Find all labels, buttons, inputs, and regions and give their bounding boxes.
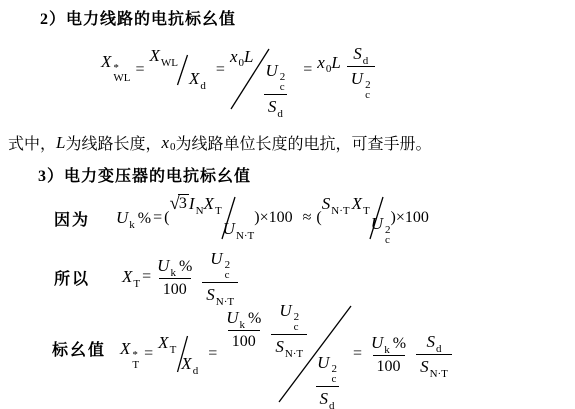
term-Uk-pct: Uk%	[157, 256, 192, 276]
subscript-0: 0	[170, 141, 176, 153]
subscript-T: T	[363, 205, 370, 217]
equals-sign: =	[153, 209, 162, 227]
var-XWL-perunit: X*WL	[101, 52, 131, 83]
sup-2: 2	[385, 225, 391, 235]
equals-sign: =	[208, 345, 217, 363]
subscript-NT: N·T	[236, 230, 254, 242]
var-Sd: Sd	[268, 97, 283, 117]
equals-sign: =	[216, 61, 225, 79]
term-Uk-pct: Uk%	[116, 208, 151, 228]
number-100: 100	[163, 281, 187, 299]
subscript-T: T	[133, 278, 140, 290]
denominator-100: 100	[373, 355, 405, 376]
numerator-SNT-XT: SN·TXT	[322, 194, 370, 214]
formula-line-perunit: 标幺值 X*T = XT Xd = Uk% 100	[52, 302, 452, 406]
denominator-Xd: Xd	[189, 69, 206, 89]
supsub-2-c: 2c	[365, 80, 371, 100]
numerator-Uk-pct: Uk%	[367, 333, 410, 355]
number-100: 100	[232, 333, 256, 351]
subscript-T: T	[215, 205, 222, 217]
times-sign: ×	[260, 209, 269, 227]
denominator-UNT: UN·T	[223, 219, 255, 239]
equals-sign: =	[353, 345, 362, 363]
subscript-WL: WL	[161, 57, 178, 69]
subscript-NT: N·T	[331, 205, 349, 217]
var-X: X	[158, 333, 168, 352]
var-S: S	[275, 337, 284, 356]
fraction-Ukpct-over-100: Uk% 100	[153, 256, 196, 299]
numerator-Sd: Sd	[349, 44, 372, 66]
denominator-fraction-Uc2-over-Sd: U2c Sd	[261, 61, 289, 117]
var-U: U	[226, 308, 238, 327]
label-so: 所以	[54, 266, 90, 289]
var-XT-perunit: X*T	[120, 339, 139, 370]
var-XT: XT	[122, 267, 140, 287]
numerator-Uk-pct: Uk%	[153, 256, 196, 278]
var-X: X	[181, 354, 191, 373]
var-X: X	[204, 194, 214, 213]
var-U: U	[223, 219, 235, 238]
subscript-d: d	[193, 365, 199, 377]
subscript-c: c	[294, 322, 299, 332]
denominator-Xd: Xd	[181, 354, 198, 374]
supsub-star-T: *T	[132, 350, 139, 370]
section-heading-line: 3）电力变压器的电抗标幺值	[38, 163, 251, 186]
subscript-c: c	[385, 235, 390, 245]
var-Uc2: U2c	[210, 249, 230, 280]
var-S: S	[268, 97, 277, 116]
times-sign: ×	[396, 209, 405, 227]
subscript-T: T	[132, 360, 139, 370]
denominator-100: 100	[159, 278, 191, 299]
var-U: U	[279, 301, 291, 320]
var-S: S	[353, 44, 362, 63]
formula-line-so: 所以 XT = Uk% 100 U2c SN·T	[54, 250, 238, 304]
fraction-Sd-over-Uc2: Sd U2c	[347, 44, 375, 100]
sup-star: *	[113, 63, 119, 73]
diagonal-fraction-XWL-over-Xd: XWL Xd	[150, 54, 206, 86]
subscript-c: c	[280, 82, 285, 92]
supsub-2-c: 2c	[385, 225, 391, 245]
var-Uc2: U2c	[265, 61, 285, 92]
supsub-2-c: 2c	[280, 72, 286, 92]
para-text-1: 式中，	[8, 131, 56, 154]
formula-line-reactance: X*WL = XWL Xd = x0L U2c Sd	[101, 28, 375, 112]
var-I: I	[189, 194, 195, 213]
numerator-Sd: Sd	[422, 332, 445, 354]
subscript-c: c	[225, 270, 230, 280]
fraction-Ukpct-over-100: Uk% 100	[222, 308, 265, 351]
diagonal-fraction-sqrt3INXT-over-UNT: √3INXT UN·T	[169, 195, 254, 241]
term-Uk-pct: Uk%	[226, 308, 261, 328]
denominator-100: 100	[228, 330, 260, 351]
var-x: x	[162, 133, 170, 153]
subscript-c: c	[331, 374, 336, 384]
formula-line-because: 因为 Uk% = ( √3INXT UN·T )×100 ≈ ( SN·TXT …	[54, 192, 429, 244]
var-SNT: SN·T	[420, 357, 448, 377]
para-text-3: 为线路单位长度的电抗，可查手册。	[176, 131, 432, 154]
supsub-2-c: 2c	[331, 364, 337, 384]
var-Uc2: U2c	[317, 353, 337, 384]
equals-sign: =	[136, 61, 145, 79]
subscript-d: d	[200, 80, 206, 92]
section-heading-line: 2）电力线路的电抗标幺值	[40, 6, 236, 29]
label-because: 因为	[54, 207, 90, 230]
denominator-Sd: Sd	[316, 386, 339, 409]
var-S: S	[322, 194, 331, 213]
var-Sd: Sd	[426, 332, 441, 352]
var-Uc2: U2c	[351, 69, 371, 100]
term-x0L: x0L	[317, 53, 341, 73]
denominator-Uc2: U2c	[347, 66, 375, 100]
subscript-k: k	[129, 219, 135, 231]
var-U: U	[371, 333, 383, 352]
label-perunit: 标幺值	[52, 337, 106, 360]
radicand-3: 3	[178, 194, 189, 213]
fraction-Ukpct-over-100: Uk% 100	[367, 333, 410, 376]
diagonal-fraction-product-over-Uc2Sd: Uk% 100 U2c SN·T U2c	[222, 304, 341, 404]
var-U: U	[116, 208, 128, 227]
section-heading-2: 2）电力线路的电抗标幺值	[40, 6, 236, 29]
subscript-WL: WL	[113, 73, 130, 83]
diagonal-fraction-x0L-over-Uc2Sd: x0L U2c Sd	[230, 38, 289, 102]
subscript-NT: N·T	[430, 368, 448, 380]
equals-sign: =	[303, 61, 312, 79]
subscript-T: T	[170, 344, 177, 356]
supsub-2-c: 2c	[294, 312, 300, 332]
numerator-XT: XT	[158, 333, 176, 353]
numerator-product: Uk% 100 U2c SN·T	[222, 301, 307, 357]
diagonal-fraction-SNTXT-over-Uc2: SN·TXT U2c	[322, 195, 391, 241]
subscript-d: d	[277, 108, 283, 120]
supsub-star-WL: *WL	[113, 63, 130, 83]
var-X: X	[189, 69, 199, 88]
var-L: L	[56, 133, 65, 153]
subscript-d: d	[436, 343, 442, 355]
var-X: X	[150, 46, 160, 65]
subscript-c: c	[365, 90, 370, 100]
document-page: 2）电力线路的电抗标幺值 X*WL = XWL Xd = x0L U2c	[0, 0, 575, 409]
subscript-d: d	[363, 55, 369, 67]
var-L: L	[331, 53, 340, 72]
var-SNT: SN·T	[275, 337, 303, 357]
denominator-SNT: SN·T	[271, 334, 307, 357]
diagonal-fraction-XT-over-Xd: XT Xd	[158, 335, 198, 373]
var-U: U	[210, 249, 222, 268]
var-U: U	[265, 61, 277, 80]
var-x: x	[317, 53, 325, 72]
var-X: X	[101, 52, 111, 71]
subscript-0: 0	[326, 63, 332, 75]
var-X: X	[120, 339, 130, 358]
var-X: X	[352, 194, 362, 213]
equals-sign: =	[144, 345, 153, 363]
numerator-Uc2: U2c	[261, 61, 289, 94]
var-S: S	[420, 357, 429, 376]
para-text-2: 为线路长度，	[65, 131, 161, 154]
numerator-XWL: XWL	[150, 46, 179, 66]
denominator-fraction-Uc2-over-Sd: U2c Sd	[313, 353, 341, 409]
number-100: 100	[269, 209, 293, 227]
var-S: S	[320, 389, 329, 408]
paragraph-variables-explanation: 式中，L为线路长度，x0为线路单位长度的电抗，可查手册。	[8, 131, 432, 154]
fraction-Uc2-over-SNT: U2c SN·T	[202, 249, 238, 305]
fraction-Sd-over-SNT: Sd SN·T	[416, 332, 452, 377]
sup-star: *	[132, 350, 138, 360]
fraction-Uc2-over-SNT: U2c SN·T	[271, 301, 307, 357]
approx-sign: ≈	[303, 209, 312, 227]
subscript-k: k	[170, 267, 176, 279]
sqrt-3-group: √3	[169, 194, 188, 213]
var-U: U	[317, 353, 329, 372]
var-S: S	[426, 332, 435, 351]
number-100: 100	[405, 209, 429, 227]
denominator-Sd: Sd	[264, 94, 287, 117]
numerator-Uc2: U2c	[313, 353, 341, 386]
subscript-k: k	[240, 319, 246, 331]
numerator-Uc2: U2c	[275, 301, 303, 334]
var-U: U	[351, 69, 363, 88]
var-Uc2: U2c	[279, 301, 299, 332]
var-Sd: Sd	[353, 44, 368, 64]
percent-sign: %	[248, 310, 261, 327]
var-U: U	[371, 214, 383, 233]
subscript-N: N	[196, 205, 204, 217]
denominator-SNT: SN·T	[416, 354, 452, 377]
equals-sign: =	[142, 268, 151, 286]
numerator-sqrt3-IN-XT: √3INXT	[169, 194, 221, 214]
supsub-2-c: 2c	[225, 260, 231, 280]
percent-sign: %	[179, 258, 192, 275]
percent-sign: %	[393, 335, 406, 352]
subscript-NT: N·T	[285, 348, 303, 360]
denominator-Uc2: U2c	[371, 214, 391, 245]
var-U: U	[157, 256, 169, 275]
var-X: X	[122, 267, 132, 286]
percent-sign: %	[138, 210, 151, 227]
number-100: 100	[377, 358, 401, 376]
subscript-d: d	[329, 400, 335, 409]
term-Uk-pct: Uk%	[371, 333, 406, 353]
numerator-Uc2: U2c	[206, 249, 234, 282]
section-heading-3: 3）电力变压器的电抗标幺值	[38, 163, 251, 186]
subscript-k: k	[384, 344, 390, 356]
var-Sd: Sd	[320, 389, 335, 409]
numerator-Uk-pct: Uk%	[222, 308, 265, 330]
